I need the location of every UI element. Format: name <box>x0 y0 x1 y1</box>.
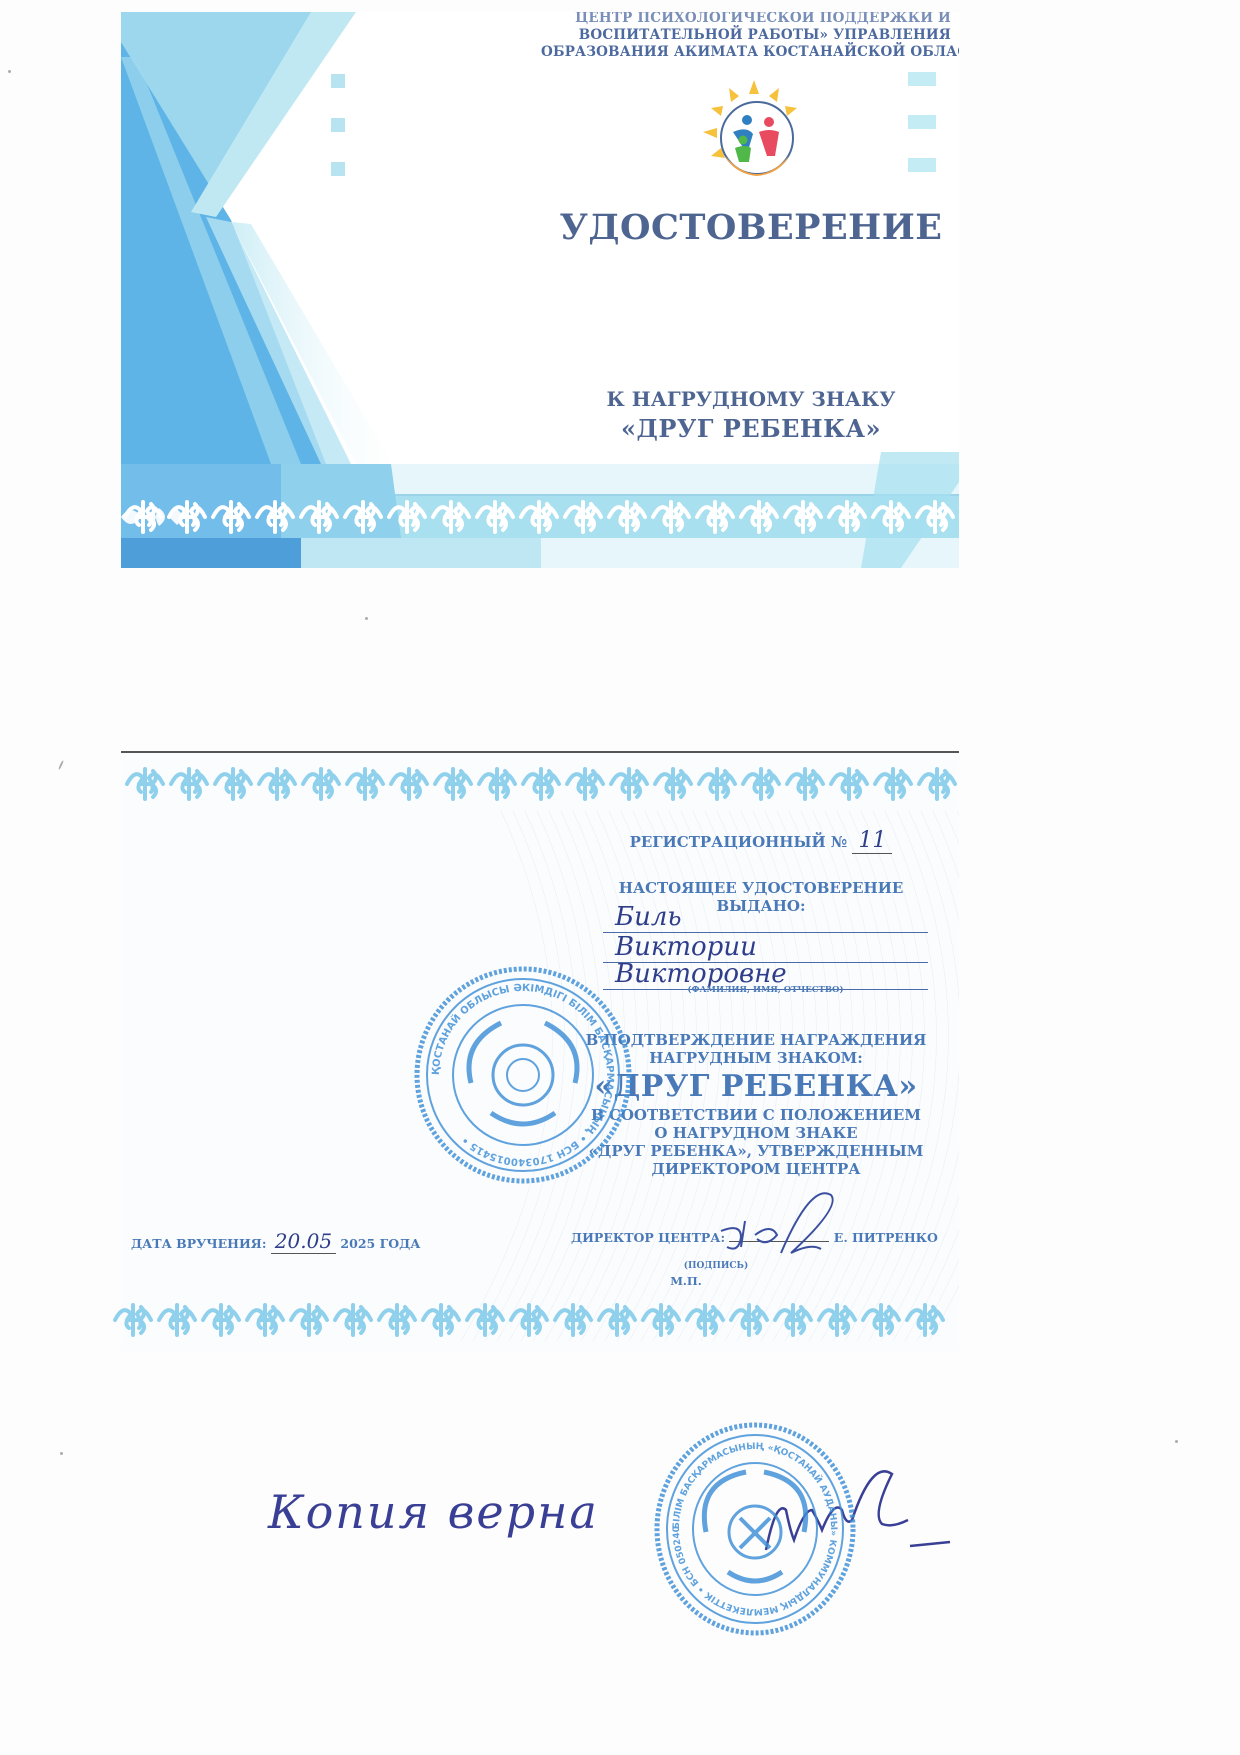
copy-certified-note: Копия верна <box>268 1485 599 1539</box>
director-signature-icon <box>711 1191 851 1271</box>
organization-name: ЦЕНТР ПСИХОЛОГИЧЕСКОЙ ПОДДЕРЖКИ И ВОСПИТ… <box>541 12 951 61</box>
fio-caption: (ФАМИЛИЯ, ИМЯ, ОТЧЕСТВО) <box>603 985 928 995</box>
scan-speck <box>1175 1440 1178 1443</box>
signature-caption: (ПОДПИСЬ) <box>676 1261 756 1271</box>
organization-logo-icon <box>699 76 809 186</box>
ornament-border-top <box>123 763 958 805</box>
scan-speck <box>60 1452 63 1455</box>
scan-speck <box>8 70 11 73</box>
seal-place-label: М.П. <box>661 1274 711 1288</box>
scan-speck <box>365 617 368 620</box>
certificate-title: УДОСТОВЕРЕНИЕ <box>551 207 951 248</box>
svg-text:ҚОСТАНАЙ ОБЛЫСЫ ӘКІМДІГІ БІЛІМ: ҚОСТАНАЙ ОБЛЫСЫ ӘКІМДІГІ БІЛІМ БАСҚАРМАС… <box>431 983 615 1167</box>
award-date: ДАТА ВРУЧЕНИЯ: 20.05 2025 ГОДА <box>131 1229 451 1253</box>
ornament-band <box>121 496 959 538</box>
award-date-value: 20.05 <box>271 1229 336 1254</box>
official-stamp-icon: ҚОСТАНАЙ ОБЛЫСЫ ӘКІМДІГІ БІЛІМ БАСҚАРМАС… <box>411 963 635 1187</box>
registration-number: РЕГИСТРАЦИОННЫЙ № 11 <box>591 828 931 853</box>
scan-speck <box>58 760 64 770</box>
certification-stamp-icon: БІЛІМ БАСҚАРМАСЫНЫҢ «ҚОСТАНАЙ АУДАНЫ» КО… <box>648 1422 862 1636</box>
registration-number-value: 11 <box>852 828 892 854</box>
certificate-inner-page: РЕГИСТРАЦИОННЫЙ № 11 НАСТОЯЩЕЕ УДОСТОВЕР… <box>121 751 959 1351</box>
ornament-border-bottom <box>111 1299 946 1341</box>
cover-background-graphic <box>121 12 959 568</box>
certificate-cover: ЦЕНТР ПСИХОЛОГИЧЕСКОЙ ПОДДЕРЖКИ И ВОСПИТ… <box>121 12 959 568</box>
certificate-subtitle: К НАГРУДНОМУ ЗНАКУ «ДРУГ РЕБЕНКА» <box>551 384 951 444</box>
